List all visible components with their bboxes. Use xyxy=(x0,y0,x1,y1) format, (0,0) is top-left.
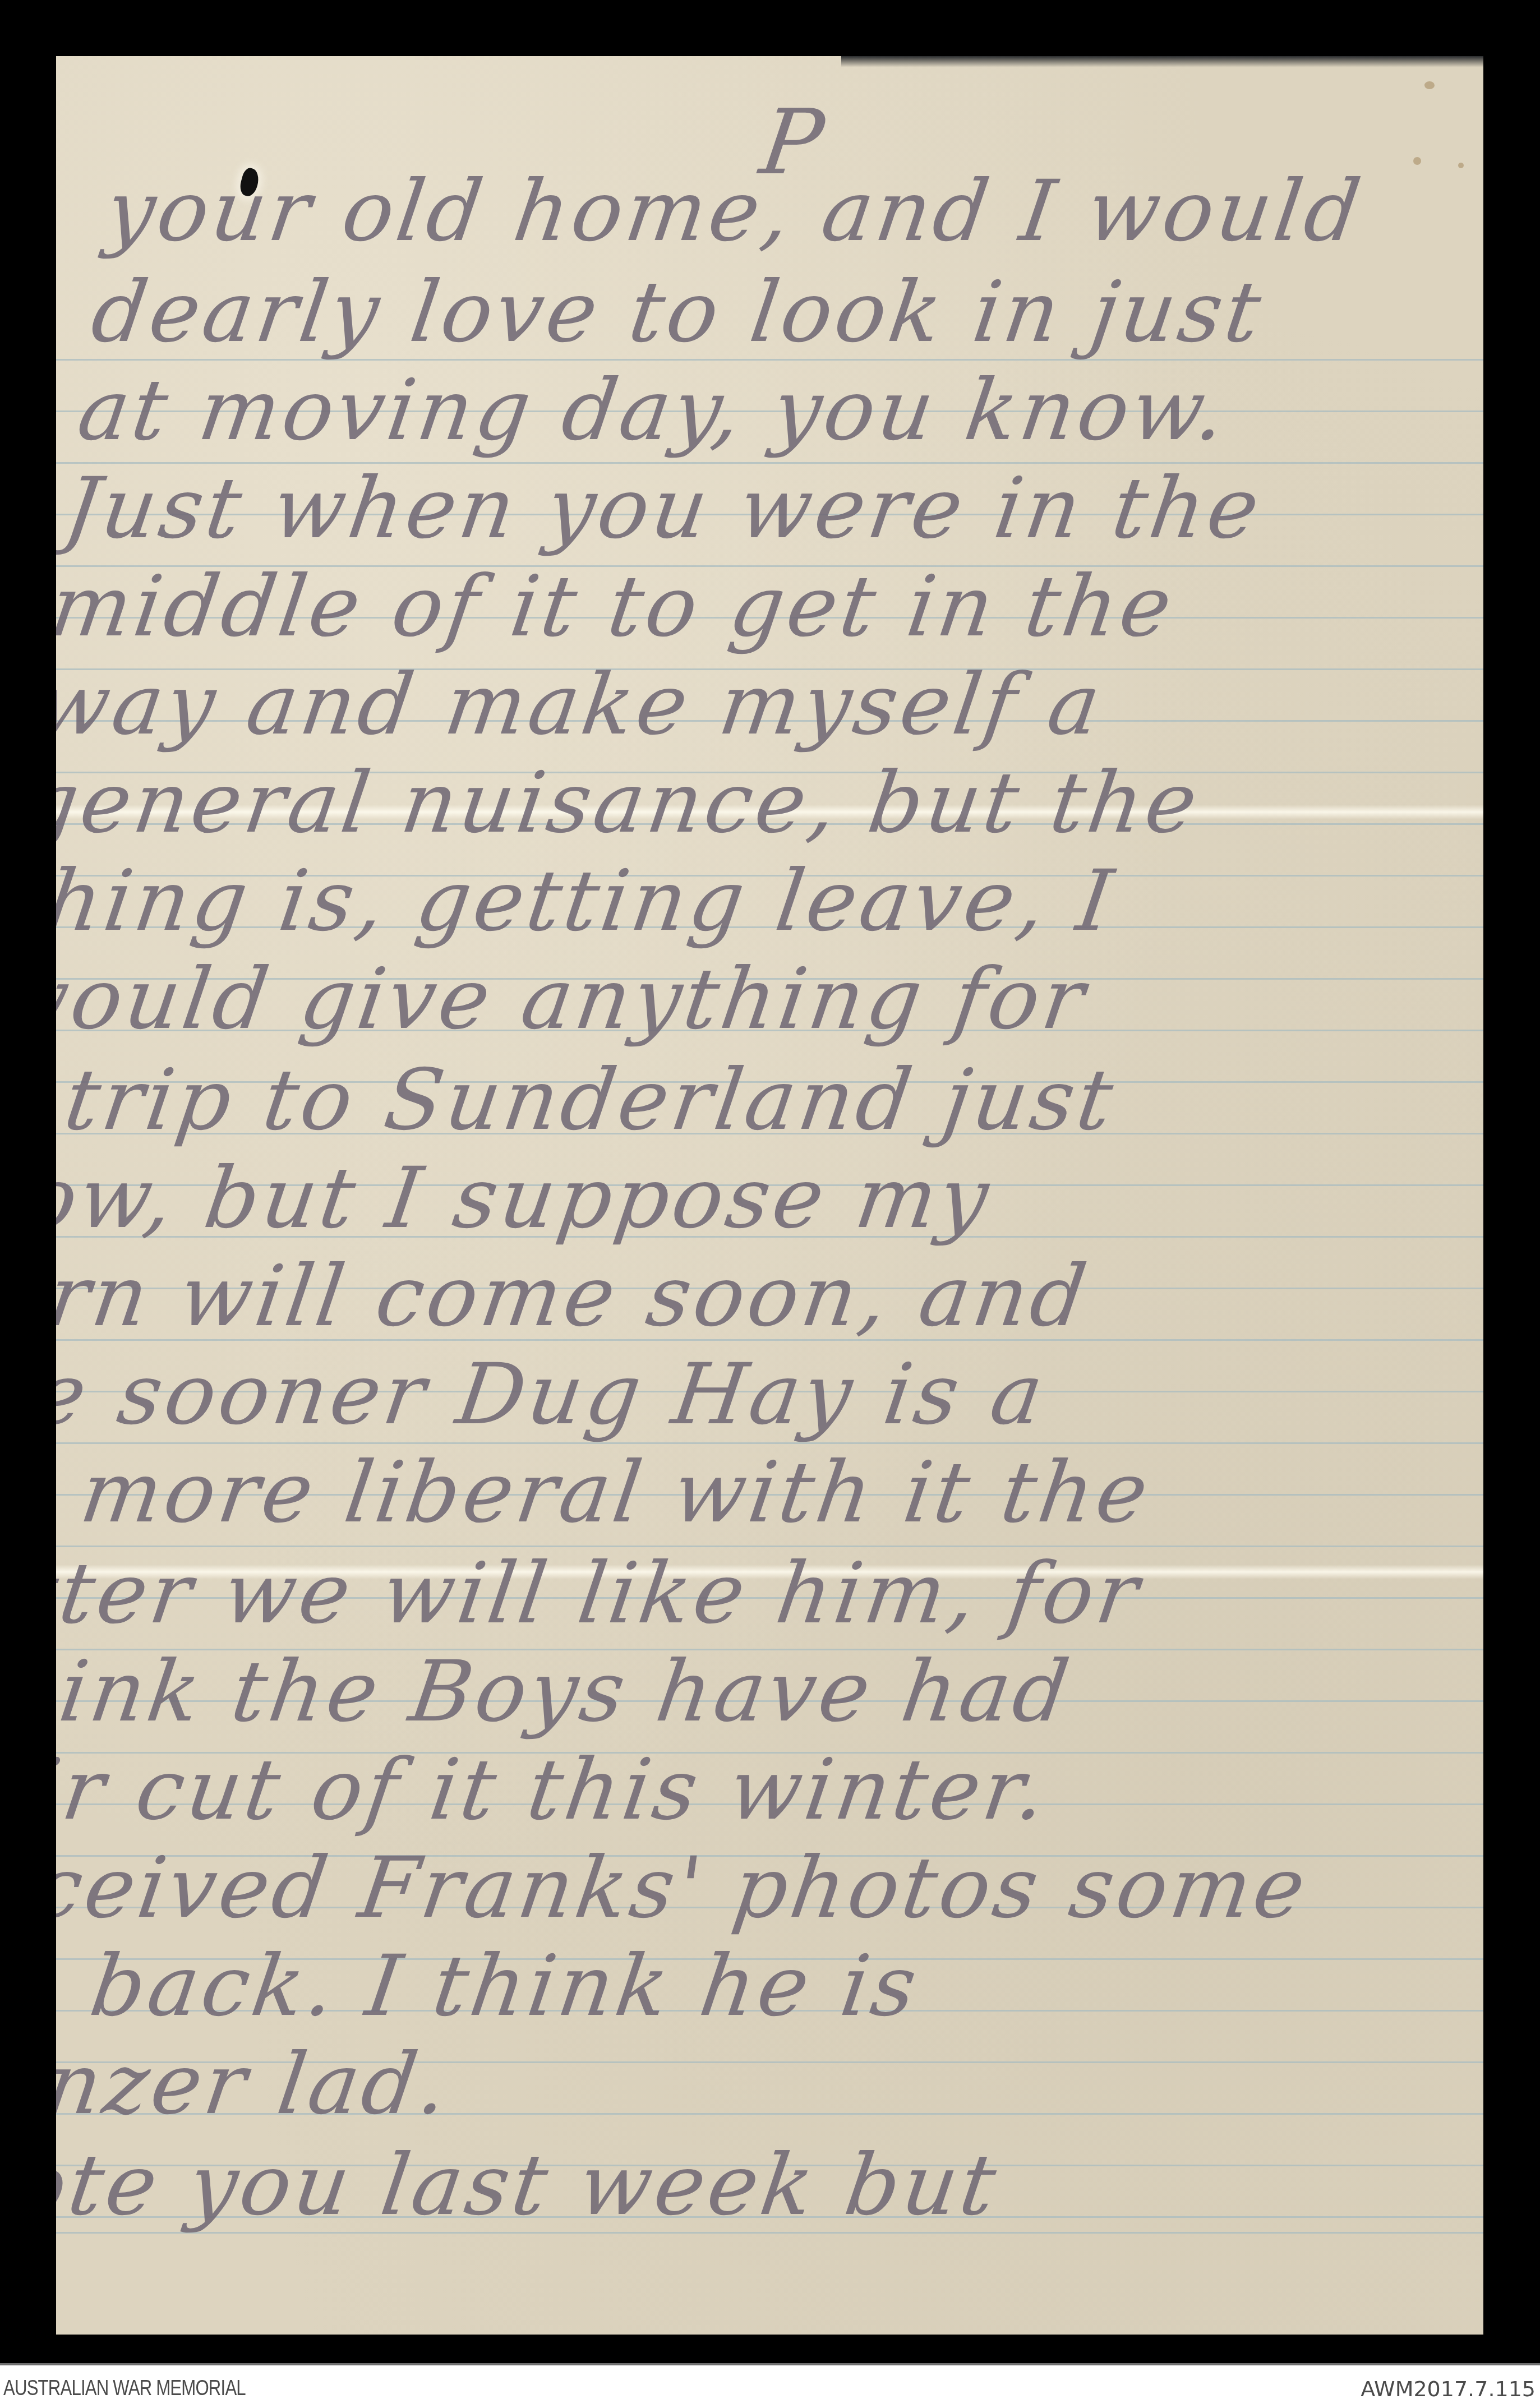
letter-line-11: now, but I suppose my xyxy=(56,1150,998,1247)
letter-line-5: middle of it to get in the xyxy=(56,558,1181,656)
letter-page: P your old home, and I would dearly love… xyxy=(56,56,1483,2335)
frame-bottom-edge xyxy=(0,2363,1540,2365)
letter-line-8: thing is, getting leave, I xyxy=(56,852,1122,950)
letter-line-10: a trip to Sunderland just xyxy=(56,1051,1122,1149)
letter-line-21: I wrote you last week but xyxy=(56,2137,1005,2234)
letter-line-7: general nuisance, but the xyxy=(56,754,1206,852)
letter-line-15: better we will like him, for xyxy=(56,1545,1147,1643)
letter-line-17: their cut of it this winter. xyxy=(56,1741,1055,1839)
letter-line-2: dearly love to look in just xyxy=(86,264,1270,361)
letter-line-18: I received Franks' photos some xyxy=(56,1839,1315,1937)
foxing-stain xyxy=(1424,81,1435,89)
letter-line-19: time back. I think he is xyxy=(56,1938,925,2035)
letter-line-12: turn will come soon, and xyxy=(56,1248,1095,1345)
letter-line-6: way and make myself a xyxy=(56,656,1109,754)
letter-line-4: Just when you were in the xyxy=(58,460,1268,557)
letter-line-1: your old home, and I would xyxy=(100,163,1370,260)
letter-line-9: would give anything for xyxy=(56,951,1093,1048)
letter-line-13: the sooner Dug Hay is a xyxy=(56,1346,1052,1443)
institution-label: AUSTRALIAN WAR MEMORIAL xyxy=(3,2377,246,2401)
foxing-stain xyxy=(1413,157,1421,165)
accession-number: AWM2017.7.115 xyxy=(1361,2377,1536,2401)
foxing-stain xyxy=(1458,163,1464,168)
letter-line-20: a Bonzer lad. xyxy=(56,2036,457,2133)
letter-line-3: at moving day, you know. xyxy=(72,362,1234,459)
paper-top-shadow xyxy=(841,56,1483,67)
letter-line-16: I think the Boys have had xyxy=(56,1643,1078,1741)
letter-line-14: bit more liberal with it the xyxy=(56,1444,1157,1542)
